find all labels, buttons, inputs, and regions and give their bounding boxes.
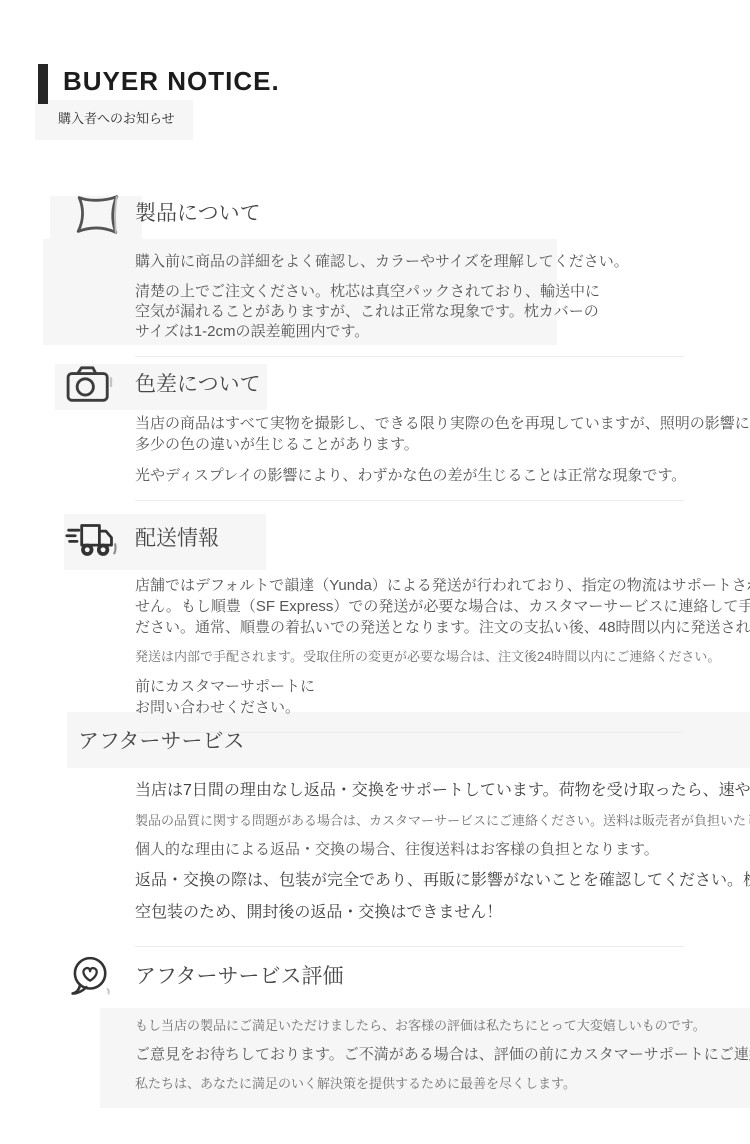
paragraph: 購入前に商品の詳細をよく確認し、カラーやサイズを理解してください。	[135, 252, 750, 272]
section-header: アフターサービス	[0, 720, 750, 764]
paragraph: 店舗ではデフォルトで韻達（Yunda）による発送が行われており、指定の物流はサポ…	[135, 575, 750, 638]
section-divider	[135, 500, 684, 501]
section-header: 配送情報	[0, 515, 750, 563]
paragraph: ご意見をお待ちしております。ご不満がある場合は、評価の前にカスタマーサポートにご…	[135, 1045, 750, 1065]
text-line: 前にカスタマーサポートに	[135, 676, 750, 697]
text-line: 発送は内部で手配されます。受取住所の変更が必要な場合は、注文後24時間以内にご連…	[135, 648, 750, 666]
section-title: アフターサービス評価	[135, 953, 344, 1001]
pillow-icon	[70, 190, 124, 238]
text-line: 個人的な理由による返品・交換の場合、往復送料はお客様の負担となります。	[135, 840, 750, 860]
paragraph: 個人的な理由による返品・交換の場合、往復送料はお客様の負担となります。	[135, 840, 750, 860]
camera-icon	[64, 361, 118, 409]
text-line: 購入前に商品の詳細をよく確認し、カラーやサイズを理解してください。	[135, 252, 750, 272]
section-body: 当店の商品はすべて実物を撮影し、できる限り実際の色を再現していますが、照明の影響…	[0, 413, 750, 486]
paragraph: 清楚の上でご注文ください。枕芯は真空パックされており、輸送中に空気が漏れることが…	[135, 282, 750, 342]
text-line: 当店の商品はすべて実物を撮影し、できる限り実際の色を再現していますが、照明の影響…	[135, 413, 750, 434]
text-line: ださい。通常、順豊の着払いでの発送となります。注文の支払い後、48時間以内に発送…	[135, 617, 750, 638]
text-line: 店舗ではデフォルトで韻達（Yunda）による発送が行われており、指定の物流はサポ…	[135, 575, 750, 596]
buyer-notice-page: BUYER NOTICE. 購入者へのお知らせ 製品について 購入前に商品の詳細…	[0, 0, 750, 1144]
section-body: 当店は7日間の理由なし返品・交換をサポートしています。荷物を受け取ったら、速やか…	[0, 780, 750, 924]
text-line: 製品の品質に関する問題がある場合は、カスタマーサービスにご連絡ください。送料は販…	[135, 812, 750, 830]
paragraph: 私たちは、あなたに満足のいく解決策を提供するために最善を尽くします。	[135, 1075, 750, 1093]
text-line: 返品・交換の際は、包装が完全であり、再販に影響がないことを確認してください。枕芯…	[135, 870, 750, 892]
notice-section: 製品について 購入前に商品の詳細をよく確認し、カラーやサイズを理解してください。…	[0, 190, 750, 357]
paragraph: 前にカスタマーサポートにお問い合わせください。	[135, 676, 750, 718]
text-line: 当店は7日間の理由なし返品・交換をサポートしています。荷物を受け取ったら、速やか…	[135, 780, 750, 802]
section-title: 製品について	[135, 190, 261, 238]
paragraph: 発送は内部で手配されます。受取住所の変更が必要な場合は、注文後24時間以内にご連…	[135, 648, 750, 666]
paragraph: 当店の商品はすべて実物を撮影し、できる限り実際の色を再現していますが、照明の影響…	[135, 413, 750, 455]
notice-section: アフターサービス 当店は7日間の理由なし返品・交換をサポートしています。荷物を受…	[0, 720, 750, 947]
section-divider	[135, 356, 684, 357]
paragraph: 空包装のため、開封後の返品・交換はできません！	[135, 902, 750, 924]
text-line: ご意見をお待ちしております。ご不満がある場合は、評価の前にカスタマーサポートにご…	[135, 1045, 750, 1065]
section-body: もし当店の製品にご満足いただけましたら、お客様の評価は私たちにとって大変嬉しいも…	[0, 1017, 750, 1093]
page-subtitle: 購入者へのお知らせ	[58, 108, 175, 127]
paragraph: 製品の品質に関する問題がある場合は、カスタマーサービスにご連絡ください。送料は販…	[135, 812, 750, 830]
text-line: 多少の色の違いが生じることがあります。	[135, 434, 750, 455]
section-body: 店舗ではデフォルトで韻達（Yunda）による発送が行われており、指定の物流はサポ…	[0, 575, 750, 718]
text-line: お問い合わせください。	[135, 697, 750, 718]
text-line: せん。もし順豊（SF Express）での発送が必要な場合は、カスタマーサービス…	[135, 596, 750, 617]
section-header: アフターサービス評価	[0, 953, 750, 1001]
paragraph: 光やディスプレイの影響により、わずかな色の差が生じることは正常な現象です。	[135, 465, 750, 486]
page-title: BUYER NOTICE.	[63, 66, 280, 97]
notice-section: 色差について 当店の商品はすべて実物を撮影し、できる限り実際の色を再現しています…	[0, 361, 750, 501]
section-body: 購入前に商品の詳細をよく確認し、カラーやサイズを理解してください。清楚の上でご注…	[0, 252, 750, 342]
notice-section: アフターサービス評価 もし当店の製品にご満足いただけましたら、お客様の評価は私た…	[0, 953, 750, 1103]
section-divider	[135, 946, 684, 947]
section-title: アフターサービス	[78, 720, 245, 764]
section-header: 製品について	[0, 190, 750, 238]
header-accent-bar	[38, 64, 48, 104]
text-line: 光やディスプレイの影響により、わずかな色の差が生じることは正常な現象です。	[135, 465, 750, 486]
text-line: もし当店の製品にご満足いただけましたら、お客様の評価は私たちにとって大変嬉しいも…	[135, 1017, 750, 1035]
truck-icon	[64, 515, 118, 563]
section-title: 色差について	[135, 361, 261, 409]
text-line: 空気が漏れることがありますが、これは正常な現象です。枕カバーの	[135, 302, 750, 322]
section-header: 色差について	[0, 361, 750, 409]
text-line: サイズは1-2cmの誤差範囲内です。	[135, 322, 750, 342]
text-line: 清楚の上でご注文ください。枕芯は真空パックされており、輸送中に	[135, 282, 750, 302]
paragraph: 当店は7日間の理由なし返品・交換をサポートしています。荷物を受け取ったら、速やか…	[135, 780, 750, 802]
heart-bubble-icon	[64, 953, 118, 1001]
section-title: 配送情報	[135, 515, 219, 563]
notice-section: 配送情報 店舗ではデフォルトで韻達（Yunda）による発送が行われており、指定の…	[0, 515, 750, 733]
paragraph: 返品・交換の際は、包装が完全であり、再販に影響がないことを確認してください。枕芯…	[135, 870, 750, 892]
paragraph: もし当店の製品にご満足いただけましたら、お客様の評価は私たちにとって大変嬉しいも…	[135, 1017, 750, 1035]
text-line: 空包装のため、開封後の返品・交換はできません！	[135, 902, 750, 924]
text-line: 私たちは、あなたに満足のいく解決策を提供するために最善を尽くします。	[135, 1075, 750, 1093]
